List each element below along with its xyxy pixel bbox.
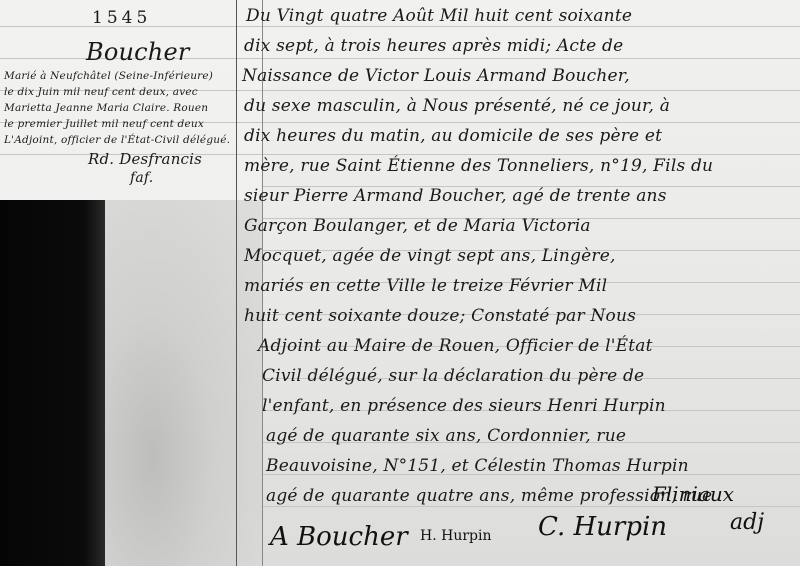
record-line: Mocquet, agée de vingt sept ans, Lingère…	[244, 246, 616, 266]
scanned-register-page: 1545 Boucher Marié à Neufchâtel (Seine-I…	[0, 0, 800, 566]
ruled-line	[262, 506, 800, 507]
margin-signature-suffix: faf.	[130, 170, 153, 186]
signature: C. Hurpin	[538, 512, 667, 542]
record-line: Naissance de Victor Louis Armand Boucher…	[242, 66, 630, 86]
signature: Fliniaux	[652, 482, 734, 506]
record-number: 1545	[92, 8, 151, 28]
record-line: Garçon Boulanger, et de Maria Victoria	[244, 216, 591, 236]
margin-annotation-line: le dix Juin mil neuf cent deux, avec	[4, 86, 198, 98]
record-line: Adjoint au Maire de Rouen, Officier de l…	[258, 336, 653, 356]
record-line: l'enfant, en présence des sieurs Henri H…	[262, 396, 666, 416]
record-line: Du Vingt quatre Août Mil huit cent soixa…	[246, 6, 632, 26]
record-line: sieur Pierre Armand Boucher, agé de tren…	[244, 186, 667, 206]
record-line: mère, rue Saint Étienne des Tonneliers, …	[244, 156, 713, 176]
margin-annotation-line: L'Adjoint, officier de l'État-Civil délé…	[4, 134, 230, 146]
record-line: mariés en cette Ville le treize Février …	[244, 276, 607, 296]
margin-annotation-line: Marietta Jeanne Maria Claire. Rouen	[4, 102, 208, 114]
margin-rule	[236, 0, 237, 566]
margin-surname: Boucher	[86, 38, 190, 66]
record-line: agé de quarante six ans, Cordonnier, rue	[266, 426, 626, 446]
record-line: huit cent soixante douze; Constaté par N…	[244, 306, 636, 326]
scan-dark-border	[0, 200, 105, 566]
record-line: agé de quarante quatre ans, même profess…	[266, 486, 712, 506]
margin-signature: Rd. Desfrancis	[88, 150, 202, 168]
record-line: du sexe masculin, à Nous présenté, né ce…	[244, 96, 670, 116]
signature: A Boucher	[270, 522, 408, 552]
margin-blank-area	[105, 200, 262, 566]
margin-annotation-line: le premier Juillet mil neuf cent deux	[4, 118, 204, 130]
signature: adj	[730, 510, 764, 535]
signature: H. Hurpin	[420, 528, 491, 544]
record-line: Civil délégué, sur la déclaration du pèr…	[262, 366, 644, 386]
record-line: dix sept, à trois heures après midi; Act…	[244, 36, 623, 56]
record-line: dix heures du matin, au domicile de ses …	[244, 126, 662, 146]
record-line: Beauvoisine, N°151, et Célestin Thomas H…	[266, 456, 689, 476]
margin-annotation-line: Marié à Neufchâtel (Seine-Inférieure)	[4, 70, 213, 82]
